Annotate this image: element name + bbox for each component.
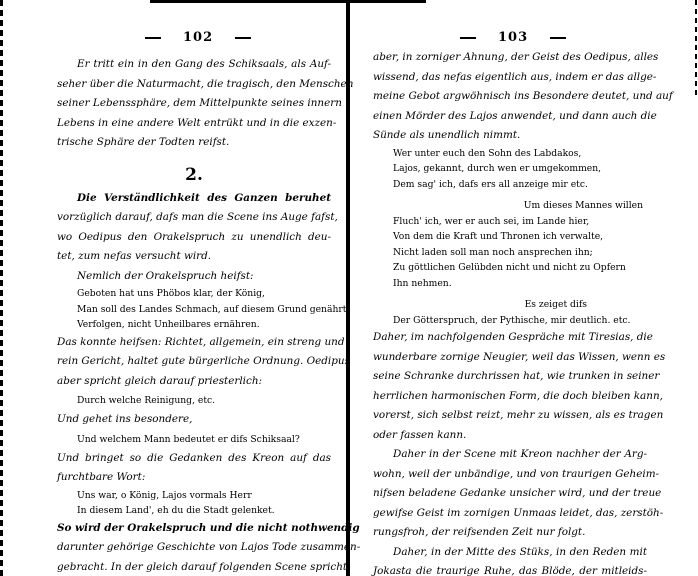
paragraph: aber, in zorniger Ahnung, der Geist des … (373, 48, 647, 146)
verse-line: Der Götterspruch, der Pythische, mir deu… (373, 313, 647, 329)
right-page-body: aber, in zorniger Ahnung, der Geist des … (373, 48, 647, 576)
verse-line: Geboten hat uns Phöbos klar, der König, (57, 286, 331, 302)
paragraph: Daher in der Scene mit Kreon nachher der… (373, 445, 647, 543)
book-spread: 102 Er tritt ein in den Gang des Schiksa… (0, 0, 698, 576)
text-line: Das konnte heifsen: Richtet, allgemein, … (57, 333, 331, 353)
text-line: nifsen beladene Gedanke unsicher wird, u… (373, 484, 647, 504)
text-line: Nemlich der Orakelspruch heifst: (57, 267, 331, 287)
paragraph: Daher, im nachfolgenden Gespräche mit Ti… (373, 328, 647, 445)
right-page: 103 aber, in zorniger Ahnung, der Geist … (350, 0, 698, 576)
right-page-header: 103 (460, 30, 566, 45)
text-line: aber, in zorniger Ahnung, der Geist des … (373, 48, 647, 68)
paragraph: So wird der Orakelspruch und die nicht n… (57, 519, 331, 576)
left-page: 102 Er tritt ein in den Gang des Schiksa… (0, 0, 346, 576)
text-line: darunter gehörige Geschichte von Lajos T… (57, 538, 331, 558)
text-line: Und bringet so die Gedanken des Kreon au… (57, 449, 331, 469)
text-line: Er tritt ein in den Gang des Schiksaals,… (57, 55, 331, 75)
text-line: gewifse Geist im zornigen Unmaas leidet,… (373, 504, 647, 524)
verse-line: Und welchem Mann bedeutet er difs Schiks… (57, 430, 331, 449)
text-line: Und gehet ins besondere, (57, 410, 331, 430)
text-line: aber spricht gleich darauf priesterlich: (57, 372, 331, 392)
verse-line: Man soll des Landes Schmach, auf diesem … (57, 302, 331, 318)
verse-line: Von dem die Kraft und Thronen ich verwal… (373, 229, 647, 245)
text-line: wunderbare zornige Neugier, weil das Wis… (373, 348, 647, 368)
header-dash (145, 37, 161, 39)
text-line: Lebens in eine andere Welt entrükt und i… (57, 114, 331, 134)
verse-line: Lajos, gekannt, durch wen er umgekommen, (373, 161, 647, 177)
text-line: tet, zum nefas versucht wird. (57, 247, 331, 267)
text-line: seiner Lebenssphäre, dem Mittelpunkte se… (57, 94, 331, 114)
text-line: Daher in der Scene mit Kreon nachher der… (373, 445, 647, 465)
paragraph: Er tritt ein in den Gang des Schiksaals,… (57, 55, 331, 153)
page-number: 103 (498, 30, 528, 45)
verse-line: Dem sag' ich, dafs ers all anzeige mir e… (373, 177, 647, 193)
text-line: wohn, weil der unbändige, und von trauri… (373, 465, 647, 485)
paragraph: Die Verständlichkeit des Ganzen beruhet … (57, 189, 331, 267)
text-line: vorzüglich darauf, dafs man die Scene in… (57, 208, 331, 228)
verse-line: Wer unter euch den Sohn des Labdakos, (373, 146, 647, 162)
verse-quote: Uns war, o König, Lajos vormals Herr In … (57, 488, 331, 519)
text-line: rungsfroh, der reifsenden Zeit nur folgt… (373, 523, 647, 543)
text-line: meine Gebot argwöhnisch ins Besondere de… (373, 87, 647, 107)
header-dash (460, 37, 476, 39)
left-page-header: 102 (145, 30, 251, 45)
text-line: So wird der Orakelspruch und die nicht n… (57, 519, 331, 539)
text-line: Daher, im nachfolgenden Gespräche mit Ti… (373, 328, 647, 348)
verse-line: In diesem Land', eh du die Stadt gelenke… (57, 503, 331, 519)
text-line: Daher, in der Mitte des Stüks, in den Re… (373, 543, 647, 563)
verse-line: Ihn nehmen. (373, 276, 647, 292)
text-line: vorerst, sich selbst reizt, mehr zu wiss… (373, 406, 647, 426)
text-line: furchtbare Wort: (57, 468, 331, 488)
text-line: einen Mörder des Lajos anwendet, und dan… (373, 107, 647, 127)
verse-line: Nicht laden soll man noch ansprechen ihn… (373, 245, 647, 261)
text-line: rein Gericht, haltet gute bürgerliche Or… (57, 352, 331, 372)
text-line: seine Schranke durchrissen hat, wie trun… (373, 367, 647, 387)
page-number: 102 (183, 30, 213, 45)
text-line: wissend, das nefas eigentlich aus, indem… (373, 68, 647, 88)
text-line: seher über die Naturmacht, die tragisch,… (57, 75, 331, 95)
header-dash (235, 37, 251, 39)
paragraph: Daher, in der Mitte des Stüks, in den Re… (373, 543, 647, 576)
text-line: trische Sphäre der Todten reifst. (57, 133, 331, 153)
section-number: 2. (57, 163, 331, 187)
verse-quote: Wer unter euch den Sohn des Labdakos, La… (373, 146, 647, 329)
text-line: gebracht. In der gleich darauf folgenden… (57, 558, 331, 576)
text-line: Jokasta die traurige Ruhe, das Blöde, de… (373, 562, 647, 576)
verse-line: Es zeiget difs (373, 297, 647, 313)
text-line: wo Oedipus den Orakelspruch zu unendlich… (57, 228, 331, 248)
text-line: oder fassen kann. (373, 426, 647, 446)
verse-line: Verfolgen, nicht Unheilbares ernähren. (57, 317, 331, 333)
text-line: herrlichen harmonischen Form, die doch b… (373, 387, 647, 407)
verse-line: Zu göttlichen Gelübden nicht und nicht z… (373, 260, 647, 276)
text-line: Die Verständlichkeit des Ganzen beruhet (57, 189, 331, 209)
text-line: Sünde als unendlich nimmt. (373, 126, 647, 146)
left-page-body: Er tritt ein in den Gang des Schiksaals,… (57, 55, 331, 576)
verse-line: Uns war, o König, Lajos vormals Herr (57, 488, 331, 504)
verse-quote: Geboten hat uns Phöbos klar, der König, … (57, 286, 331, 333)
verse-line: Durch welche Reinigung, etc. (57, 391, 331, 410)
paragraph: Und bringet so die Gedanken des Kreon au… (57, 449, 331, 488)
header-dash (550, 37, 566, 39)
verse-line: Um dieses Mannes willen (373, 198, 647, 214)
verse-line: Fluch' ich, wer er auch sei, im Lande hi… (373, 214, 647, 230)
paragraph: Das konnte heifsen: Richtet, allgemein, … (57, 333, 331, 392)
